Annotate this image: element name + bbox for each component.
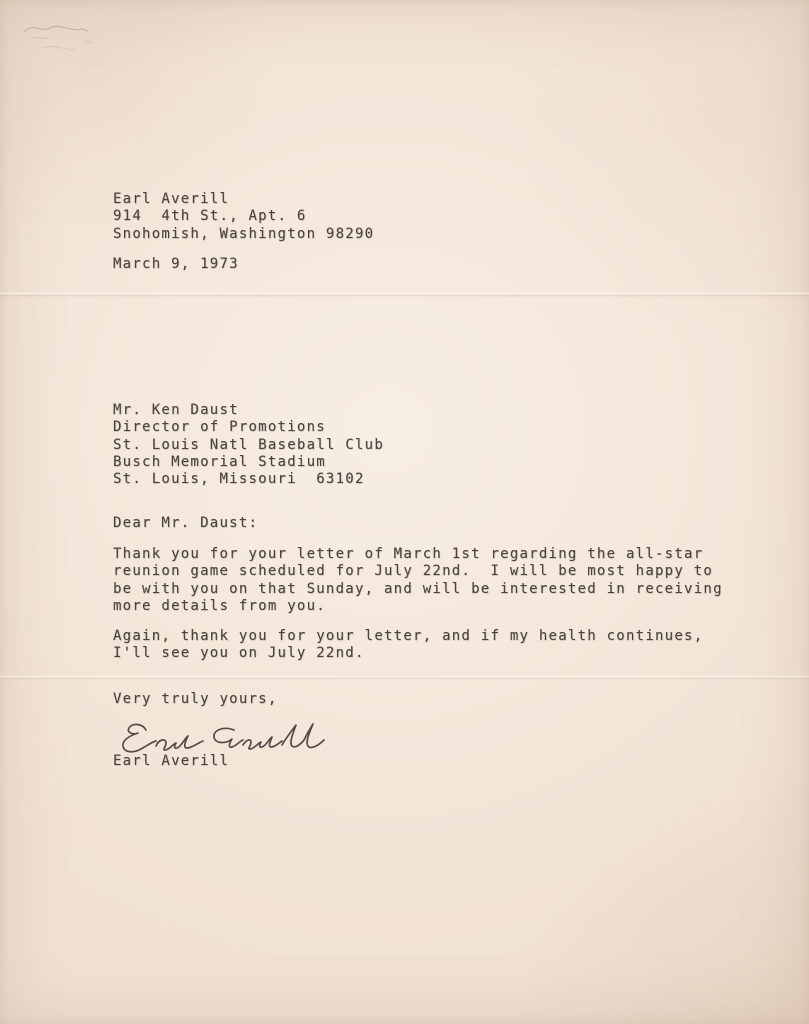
letter-line: reunion game scheduled for July 22nd. I … — [113, 563, 723, 580]
closing-line: Very truly yours, — [113, 691, 278, 708]
letter-document: Earl Averill914 4th St., Apt. 6Snohomish… — [0, 0, 809, 1024]
letter-line: I'll see you on July 22nd. — [113, 645, 703, 662]
letter-line: Thank you for your letter of March 1st r… — [113, 546, 723, 563]
letter-line: Mr. Ken Daust — [113, 402, 384, 419]
body-paragraph-1: Thank you for your letter of March 1st r… — [113, 546, 723, 615]
letter-line: Earl Averill — [113, 191, 374, 208]
letter-line: more details from you. — [113, 598, 723, 615]
pencil-notation — [18, 14, 128, 64]
letter-line: Snohomish, Washington 98290 — [113, 226, 374, 243]
letter-line: be with you on that Sunday, and will be … — [113, 581, 723, 598]
salutation-line: Dear Mr. Daust: — [113, 515, 258, 532]
body-paragraph-2: Again, thank you for your letter, and if… — [113, 628, 703, 663]
letter-line: Director of Promotions — [113, 419, 384, 436]
typed-signature-line: Earl Averill — [113, 753, 229, 770]
letter-line: Again, thank you for your letter, and if… — [113, 628, 703, 645]
letter-line: St. Louis Natl Baseball Club — [113, 437, 384, 454]
letter-line: St. Louis, Missouri 63102 — [113, 471, 384, 488]
fold-crease-bottom — [0, 675, 809, 680]
date-line: March 9, 1973 — [113, 256, 239, 273]
recipient-address-block: Mr. Ken DaustDirector of PromotionsSt. L… — [113, 402, 384, 488]
letter-line: 914 4th St., Apt. 6 — [113, 208, 374, 225]
sender-address-block: Earl Averill914 4th St., Apt. 6Snohomish… — [113, 191, 374, 243]
letter-line: Busch Memorial Stadium — [113, 454, 384, 471]
fold-crease-top — [0, 292, 809, 297]
